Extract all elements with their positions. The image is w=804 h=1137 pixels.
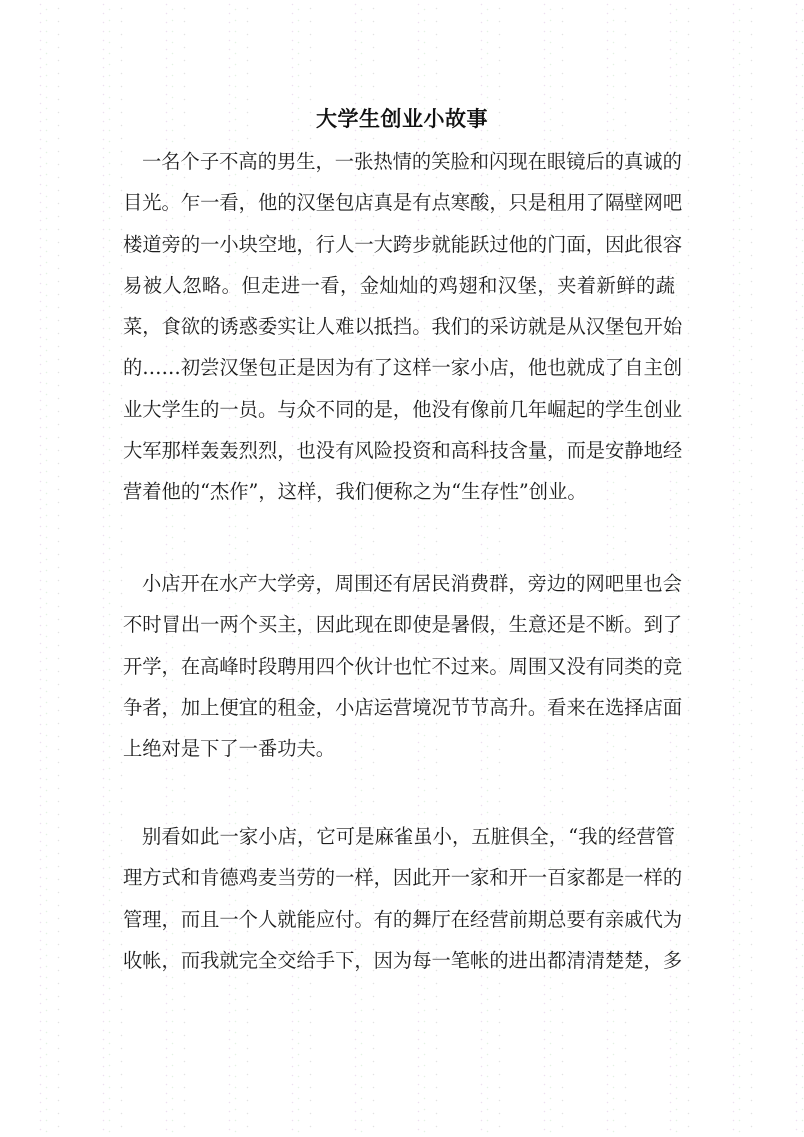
text-line: 业大学生的一员。与众不同的是，他没有像前几年崛起的学生创业 bbox=[123, 389, 675, 430]
text-line: 营着他的“杰作”，这样，我们便称之为“生存性”创业。 bbox=[123, 471, 675, 512]
text-line: 菜，食欲的诱惑委实让人难以抵挡。我们的采访就是从汉堡包开始 bbox=[123, 306, 675, 347]
text-line: 大军那样轰轰烈烈，也没有风险投资和高科技含量，而是安静地经 bbox=[123, 430, 675, 471]
text-line: 管理，而且一个人就能应付。有的舞厅在经营前期总要有亲戚代为 bbox=[123, 899, 675, 940]
text-line: 目光。乍一看，他的汉堡包店真是有点寒酸，只是租用了隔壁网吧 bbox=[123, 182, 675, 223]
text-line: 开学，在高峰时段聘用四个伙计也忙不过来。周围又没有同类的竞 bbox=[123, 646, 675, 687]
text-line: 争者，加上便宜的租金，小店运营境况节节高升。看来在选择店面 bbox=[123, 687, 675, 728]
text-line: 不时冒出一两个买主，因此现在即使是暑假，生意还是不断。到了 bbox=[123, 604, 675, 645]
text-line: 一名个子不高的男生，一张热情的笑脸和闪现在眼镜后的真诚的 bbox=[123, 141, 675, 182]
document-page: 大学生创业小故事 一名个子不高的男生，一张热情的笑脸和闪现在眼镜后的真诚的 目光… bbox=[0, 0, 804, 1137]
text-line: 别看如此一家小店，它可是麻雀虽小，五脏俱全，“我的经营管 bbox=[123, 816, 675, 857]
text-line: 小店开在水产大学旁，周围还有居民消费群，旁边的网吧里也会 bbox=[123, 563, 675, 604]
text-line: 的……初尝汉堡包正是因为有了这样一家小店，他也就成了自主创 bbox=[123, 347, 675, 388]
text-line: 楼道旁的一小块空地，行人一大跨步就能跃过他的门面，因此很容 bbox=[123, 224, 675, 265]
paragraph-1: 一名个子不高的男生，一张热情的笑脸和闪现在眼镜后的真诚的 目光。乍一看，他的汉堡… bbox=[123, 141, 675, 513]
text-line: 易被人忽略。但走进一看，金灿灿的鸡翅和汉堡，夹着新鲜的蔬 bbox=[123, 265, 675, 306]
paragraph-2: 小店开在水产大学旁，周围还有居民消费群，旁边的网吧里也会 不时冒出一两个买主，因… bbox=[123, 563, 675, 769]
paragraph-3: 别看如此一家小店，它可是麻雀虽小，五脏俱全，“我的经营管 理方式和肯德鸡麦当劳的… bbox=[123, 816, 675, 981]
text-line: 收帐，而我就完全交给手下，因为每一笔帐的进出都清清楚楚，多 bbox=[123, 940, 675, 981]
text-line: 上绝对是下了一番功夫。 bbox=[123, 728, 675, 769]
document-title: 大学生创业小故事 bbox=[0, 105, 804, 133]
text-line: 理方式和肯德鸡麦当劳的一样，因此开一家和开一百家都是一样的 bbox=[123, 857, 675, 898]
